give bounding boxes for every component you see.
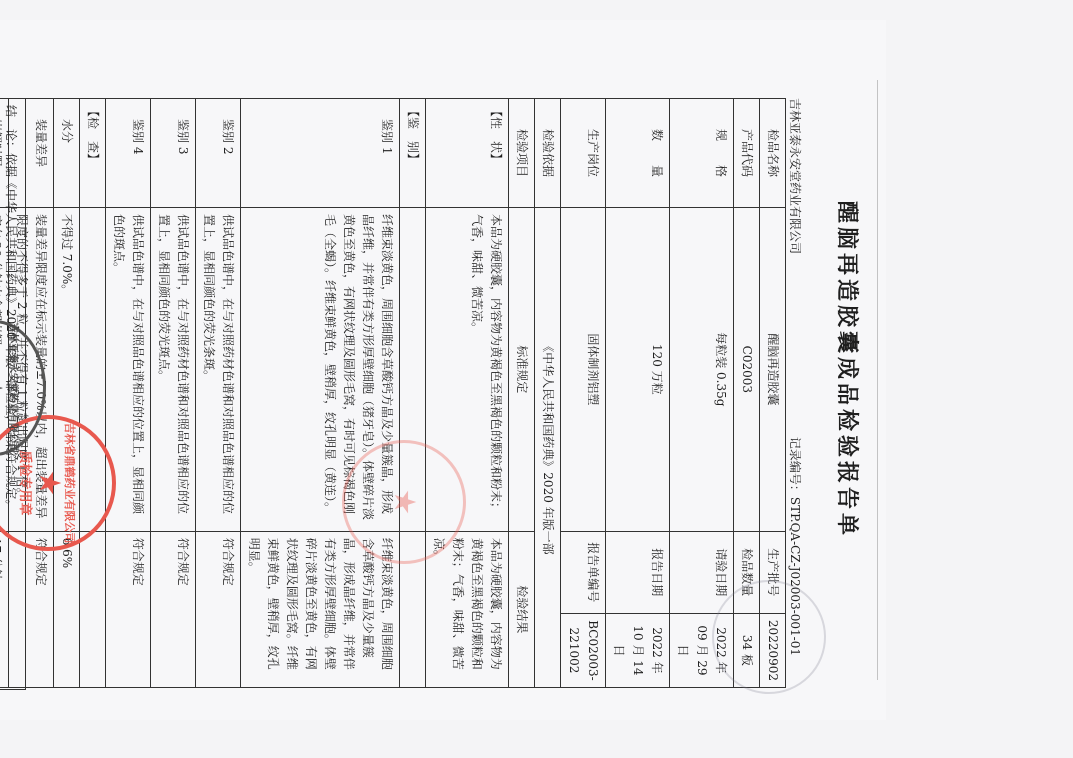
item-name: 鉴别 1 — [241, 99, 400, 208]
label-right: 报告日期 — [606, 531, 670, 613]
conclusion-label: 结 论： — [4, 105, 18, 153]
value-right: 2022 年 10 月 14 日 — [606, 613, 670, 687]
label-left: 产品代码 — [734, 99, 760, 208]
table-row: 水分不得过 7.0%。6.6% — [54, 99, 80, 688]
value-left: 120 万粒 — [606, 207, 670, 531]
company-stamp-text: 吉林亚泰永安堂药业有限公司 — [8, 323, 23, 453]
item-result: 符合规定 — [151, 531, 196, 687]
basis-label: 检验依据 — [535, 99, 561, 208]
value-left: 醒脑再造胶囊 — [760, 207, 786, 531]
table-row: 【鉴 别】 — [400, 99, 426, 688]
table-row: 鉴别 1纤维束淡黄色，周围细胞含草酸钙方晶及少量簇晶，形成晶纤维，并常伴有类方形… — [241, 99, 400, 688]
company-name: 吉林亚泰永安堂药业有限公司 — [787, 98, 804, 254]
faint-seal-stamp — [712, 580, 826, 694]
table-row: 【检 查】 — [80, 99, 106, 688]
item-standard: 供试品色谱中，在与对照药材色谱和对照品色谱相应的位置上，显相同颜色的荧光条斑。 — [196, 207, 241, 531]
item-name: 水分 — [54, 99, 80, 208]
label-right: 报告单编号 — [561, 531, 606, 613]
star-icon: ★ — [37, 471, 63, 494]
item-name: 【鉴 别】 — [400, 99, 426, 208]
col-item: 检验项目 — [509, 99, 535, 208]
table-row: 【性 状】本品为硬胶囊，内容物为黄褐色至黑褐色的颗粒和粉末；气香，味甜、微苦凉。… — [426, 99, 509, 688]
value-right: BC02003-221002 — [561, 613, 606, 687]
item-name: 鉴别 2 — [196, 99, 241, 208]
column-header-row: 检验项目 标准规定 检验结果 — [509, 99, 535, 688]
item-result: 符合规定 — [196, 531, 241, 687]
col-result: 检验结果 — [509, 531, 535, 687]
value-left: 固体制剂铝塑 — [561, 207, 606, 531]
item-result: 6.6% — [54, 531, 80, 687]
report-title: 醒脑再造胶囊成品检验报告单 — [833, 20, 864, 720]
qc-stamp-text: 吉林省鼎鹤药业有限公司 — [63, 423, 79, 544]
value-left: C02003 — [734, 207, 760, 531]
label-left: 检品名称 — [760, 99, 786, 208]
qc-seal-stamp-faint: ★ — [342, 440, 466, 564]
table-row: 鉴别 4供试品色谱中，在与对照品色谱相应的位置上，显相同颜色的斑点。符合规定 — [106, 99, 151, 688]
label-left: 规 格 — [670, 99, 734, 208]
basis-row: 检验依据 《中华人民共和国药典》2020 年版一部 — [535, 99, 561, 688]
inspection-report-sheet: 醒脑再造胶囊成品检验报告单 吉林亚泰永安堂药业有限公司 记录编号：STP.QA-… — [0, 20, 886, 720]
table-row: 鉴别 2供试品色谱中，在与对照药材色谱和对照品色谱相应的位置上，显相同颜色的荧光… — [196, 99, 241, 688]
item-result — [80, 531, 106, 687]
label-left: 生产岗位 — [561, 99, 606, 208]
col-standard: 标准规定 — [509, 207, 535, 531]
value-left: 每粒装 0.35g — [670, 207, 734, 531]
record-number-label: 记录编号： — [788, 437, 802, 497]
star-icon: ✶ — [0, 380, 8, 395]
star-icon: ★ — [391, 490, 417, 513]
item-result: 符合规定 — [106, 531, 151, 687]
item-name: 鉴别 4 — [106, 99, 151, 208]
header-row: 生产岗位固体制剂铝塑报告单编号BC02003-221002 — [561, 99, 606, 688]
item-name: 【性 状】 — [426, 99, 509, 208]
item-name: 【检 查】 — [80, 99, 106, 208]
header-row: 规 格每粒装 0.35g请验日期2022 年 09 月 29 日 — [670, 99, 734, 688]
table-row: 鉴别 3供试品色谱中，在与对照药材色谱和对照品色谱相应的位置上，显相同颜色的荧光… — [151, 99, 196, 688]
basis-value: 《中华人民共和国药典》2020 年版一部 — [535, 207, 561, 687]
label-left: 数 量 — [606, 99, 670, 208]
item-name: 鉴别 3 — [151, 99, 196, 208]
report-table: 检品名称醒脑再造胶囊生产批号20220902产品代码C02003检品数量34 板… — [0, 98, 786, 688]
qc-stamp-caption: 质检专用章 — [18, 450, 37, 515]
item-result: 本品为硬胶囊，内容物为黄褐色至黑褐色的颗粒和粉末；气香，味甜、微苦凉。 — [426, 531, 509, 687]
item-standard: 供试品色谱中，在与对照药材色谱和对照品色谱相应的位置上，显相同颜色的荧光斑点。 — [151, 207, 196, 531]
header-row: 数 量120 万粒报告日期2022 年 10 月 14 日 — [606, 99, 670, 688]
